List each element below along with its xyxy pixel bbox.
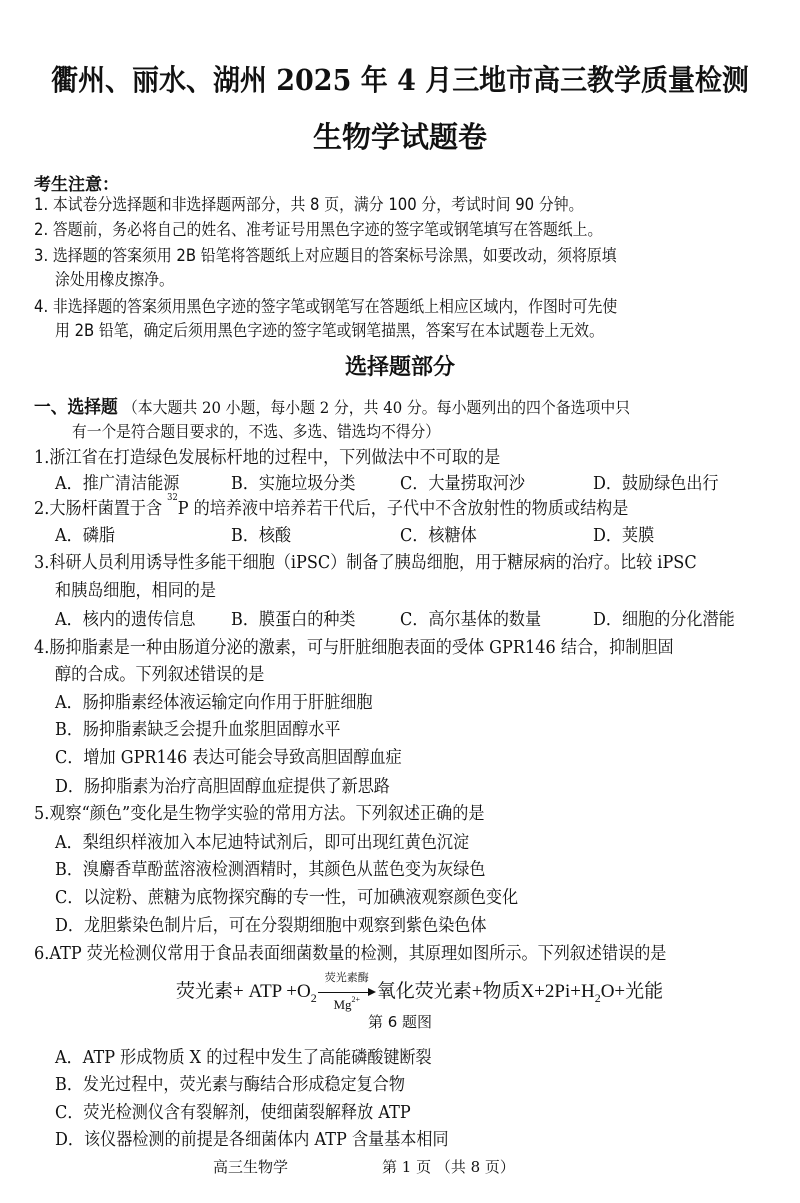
q2-option-a: A．磷脂 — [55, 522, 115, 547]
q1-option-c: C．大量捞取河沙 — [400, 470, 525, 495]
q3-option-c: C．高尔基体的数量 — [400, 606, 541, 631]
isotope-superscript: 32 — [167, 493, 178, 503]
question-number: 1. — [34, 448, 49, 468]
q5-option-c: C．以淀粉、蔗糖为底物探究酶的专一性，可加碘液观察颜色变化 — [55, 884, 518, 909]
question-stem: 肠抑脂素是一种由肠道分泌的激素，可与肝脏细胞表面的受体 GPR146 结合，抑制… — [49, 638, 673, 658]
question-1: 1.浙江省在打造绿色发展标杆地的过程中，下列做法中不可取的是 — [34, 444, 500, 469]
reaction-arrow: 荧光素酶Mg2+ — [318, 983, 376, 1003]
question-3: 3.科研人员利用诱导性多能干细胞（iPSC）制备了胰岛细胞，用于糖尿病的治疗。比… — [34, 549, 697, 574]
q2-option-b: B．核酸 — [231, 522, 291, 547]
figure-caption: 第 6 题图 — [0, 1011, 800, 1032]
q4-option-d: D．肠抑脂素为治疗高胆固醇血症提供了新思路 — [55, 773, 390, 798]
question-stem: 浙江省在打造绿色发展标杆地的过程中，下列做法中不可取的是 — [49, 448, 500, 468]
q3-option-b: B．膜蛋白的种类 — [231, 606, 356, 631]
question-stem: 科研人员利用诱导性多能干细胞（iPSC）制备了胰岛细胞，用于糖尿病的治疗。比较 … — [49, 553, 696, 573]
equation-left: 荧光素+ ATP +O — [176, 981, 311, 1002]
q1-option-d: D．鼓励绿色出行 — [593, 470, 719, 495]
enzyme-label: 荧光素酶 — [318, 969, 376, 985]
equation-right-post: O+光能 — [601, 981, 663, 1002]
arrow-line-icon — [318, 992, 372, 993]
q5-option-d: D．龙胆紫染色制片后，可在分裂期细胞中观察到紫色染色体 — [55, 912, 487, 937]
q2-option-d: D．荚膜 — [593, 522, 654, 547]
question-stem-post: P 的培养液中培养若干代后，子代中不含放射性的物质或结构是 — [178, 499, 629, 519]
question-stem-pre: 大肠杆菌置于含 — [49, 499, 167, 519]
question-stem: ATP 荧光检测仪常用于食品表面细菌数量的检测，其原理如图所示。下列叙述错误的是 — [49, 944, 666, 964]
notice-heading: 考生注意： — [34, 170, 119, 195]
notice-item-1: 1. 本试卷分选择题和非选择题两部分，共 8 页，满分 100 分，考试时间 9… — [34, 194, 583, 216]
part-description-cont: 有一个是符合题目要求的，不选、多选、错选均不得分） — [72, 419, 440, 442]
notice-item-4-cont: 用 2B 铅笔，确定后须用黑色字迹的签字笔或钢笔描黑，答案写在本试题卷上无效。 — [55, 320, 604, 342]
notice-item-2: 2. 答题前，务必将自己的姓名、准考证号用黑色字迹的签字笔或钢笔填写在答题纸上。 — [34, 219, 602, 241]
q1-option-b: B．实施垃圾分类 — [231, 470, 356, 495]
cofactor-base: Mg — [333, 997, 351, 1012]
exam-title: 衢州、丽水、湖州 2025 年 4 月三地市高三教学质量检测 — [28, 58, 772, 99]
exam-subtitle: 生物学试题卷 — [0, 115, 800, 156]
q4-option-b: B．肠抑脂素缺乏会提升血浆胆固醇水平 — [55, 716, 341, 741]
question-5: 5.观察“颜色”变化是生物学实验的常用方法。下列叙述正确的是 — [34, 800, 484, 825]
question-4-stem-cont: 醇的合成。下列叙述错误的是 — [55, 661, 264, 686]
notice-item-3-cont: 涂处用橡皮擦净。 — [55, 269, 174, 291]
q6-option-b: B．发光过程中，荧光素与酶结合形成稳定复合物 — [55, 1071, 405, 1096]
question-number: 5. — [34, 804, 49, 824]
notice-item-4: 4. 非选择题的答案须用黑色字迹的签字笔或钢笔写在答题纸上相应区域内，作图时可先… — [34, 296, 617, 318]
arrow-head-icon — [368, 988, 376, 996]
q3-option-d: D．细胞的分化潜能 — [593, 606, 735, 631]
q1-option-a: A．推广清洁能源 — [55, 470, 179, 495]
part-description: （本大题共 20 小题，每小题 2 分，共 40 分。每小题列出的四个备选项中只 — [123, 398, 630, 417]
q2-option-c: C．核糖体 — [400, 522, 477, 547]
question-number: 2. — [34, 499, 49, 519]
q6-option-d: D．该仪器检测的前提是各细菌体内 ATP 含量基本相同 — [55, 1126, 449, 1151]
footer-subject: 高三生物学 — [213, 1156, 288, 1177]
reaction-equation: 荧光素+ ATP +O2荧光素酶Mg2+氧化荧光素+物质X+2Pi+H2O+光能 — [176, 976, 663, 1006]
question-4: 4.肠抑脂素是一种由肠道分泌的激素，可与肝脏细胞表面的受体 GPR146 结合，… — [34, 634, 674, 659]
q4-option-a: A．肠抑脂素经体液运输定向作用于肝脏细胞 — [55, 689, 373, 714]
part-title: 一、选择题 — [34, 397, 118, 418]
question-3-stem-cont: 和胰岛细胞，相同的是 — [55, 577, 216, 602]
q5-option-a: A．梨组织样液加入本尼迪特试剂后，即可出现红黄色沉淀 — [55, 829, 469, 854]
question-6: 6.ATP 荧光检测仪常用于食品表面细菌数量的检测，其原理如图所示。下列叙述错误… — [34, 940, 666, 965]
q3-option-a: A．核内的遗传信息 — [55, 606, 195, 631]
question-2: 2.大肠杆菌置于含 32P 的培养液中培养若干代后，子代中不含放射性的物质或结构… — [34, 495, 628, 520]
q5-option-b: B．溴麝香草酚蓝溶液检测酒精时，其颜色从蓝色变为灰绿色 — [55, 856, 485, 881]
section-heading: 选择题部分 — [0, 350, 800, 381]
question-number: 3. — [34, 553, 49, 573]
q6-option-c: C．荧光检测仪含有裂解剂，使细菌裂解释放 ATP — [55, 1099, 411, 1124]
question-number: 6. — [34, 944, 49, 964]
q6-option-a: A．ATP 形成物质 X 的过程中发生了高能磷酸键断裂 — [55, 1044, 432, 1069]
question-stem: 观察“颜色”变化是生物学实验的常用方法。下列叙述正确的是 — [49, 804, 484, 824]
footer-page-info: 第 1 页 （共 8 页） — [382, 1156, 515, 1177]
o2-subscript: 2 — [311, 991, 317, 1005]
q4-option-c: C．增加 GPR146 表达可能会导致高胆固醇血症 — [55, 744, 402, 769]
cofactor-charge: 2+ — [352, 995, 361, 1004]
part-heading: 一、选择题 （本大题共 20 小题，每小题 2 分，共 40 分。每小题列出的四… — [34, 393, 630, 419]
notice-item-3: 3. 选择题的答案须用 2B 铅笔将答题纸上对应题目的答案标号涂黑，如要改动，须… — [34, 245, 617, 267]
question-number: 4. — [34, 638, 49, 658]
equation-right-pre: 氧化荧光素+物质X+2Pi+H — [377, 981, 595, 1002]
